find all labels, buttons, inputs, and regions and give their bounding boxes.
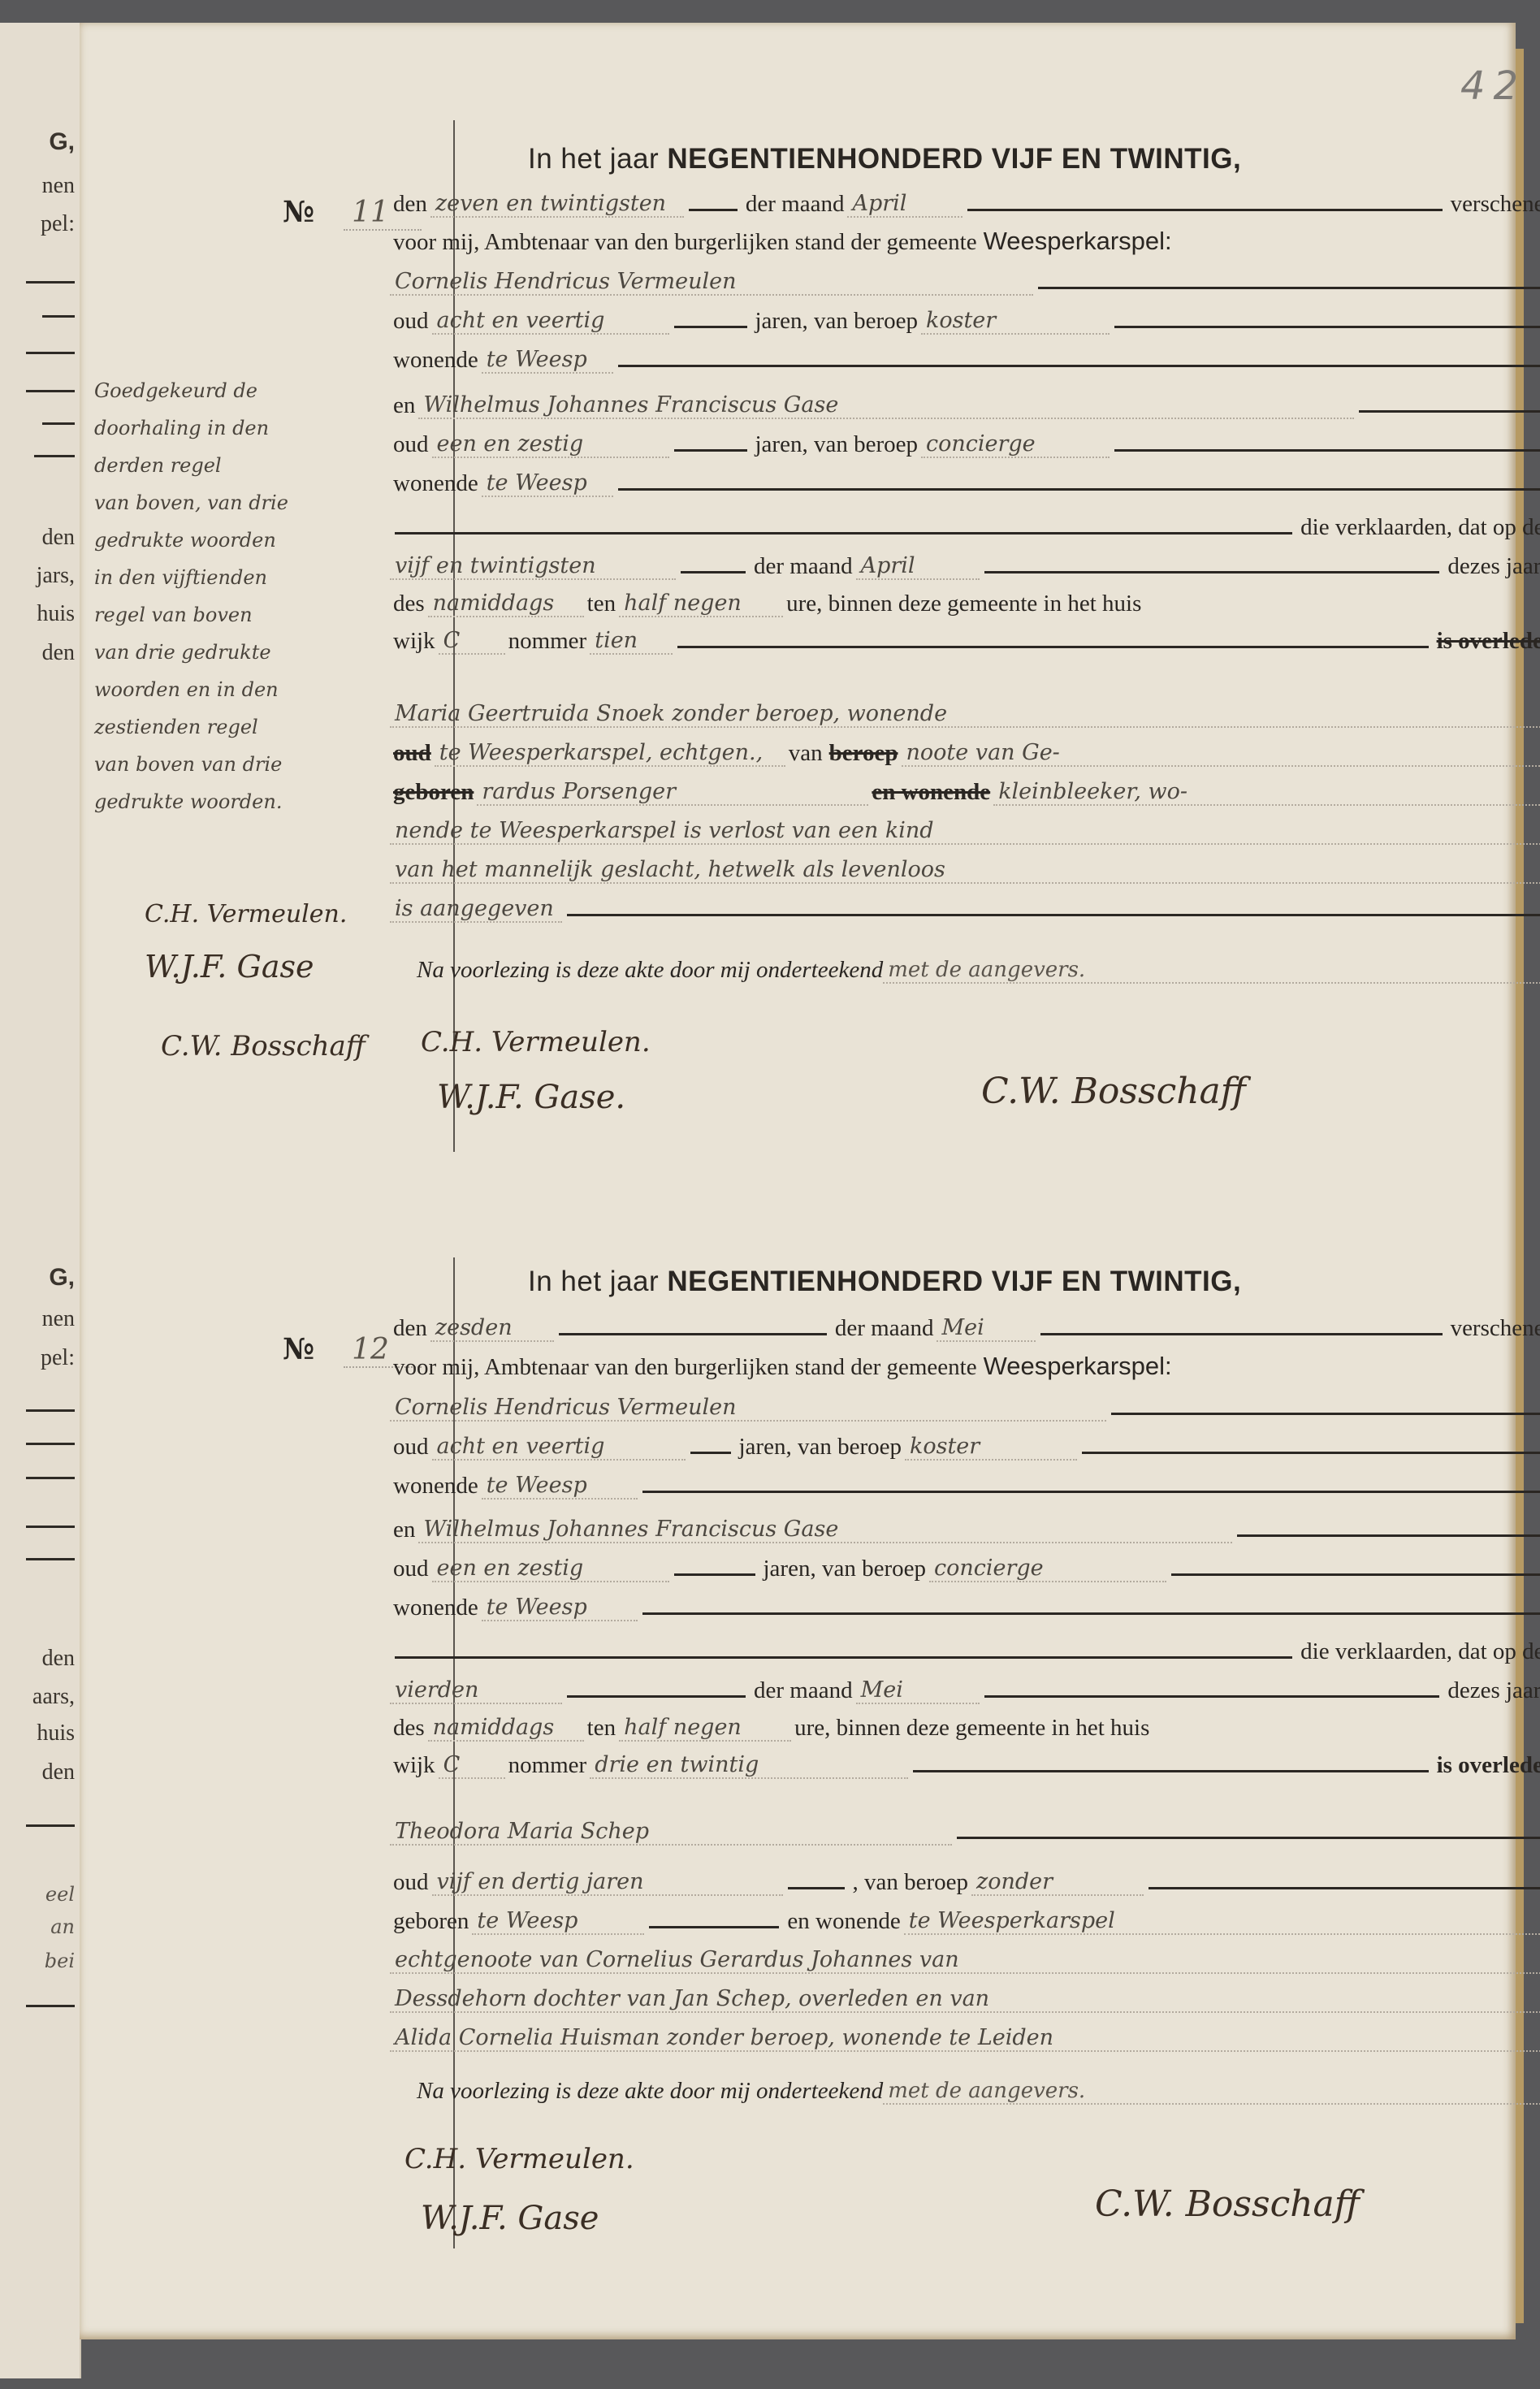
fill-rule	[1149, 1887, 1540, 1889]
fill-rule	[567, 914, 1540, 916]
left-fragment: den	[42, 1759, 75, 1785]
label: oud	[390, 1869, 432, 1896]
note-line: doorhaling in den	[94, 409, 370, 447]
line-declaration: die verklaarden, dat op den	[390, 1628, 1540, 1665]
record-heading: In het jaar NEGENTIENHONDERD VIJF EN TWI…	[528, 143, 1241, 175]
left-rule	[26, 1409, 75, 1412]
note-line: gedrukte woorden	[94, 522, 370, 559]
field-deceased-residence: te Weesperkarspel	[904, 1908, 1540, 1935]
field-declarant1-name: Cornelis Hendricus Vermeulen	[390, 269, 1033, 296]
fill-rule	[395, 532, 1292, 534]
label: der maand	[832, 1315, 937, 1342]
fill-rule	[1111, 1413, 1540, 1415]
label: oud	[390, 1434, 432, 1461]
label: verschenen	[1447, 191, 1540, 218]
left-rule	[26, 2005, 75, 2007]
line-declarant2-residence: wonende te Weesp	[390, 460, 1540, 497]
label: ten	[584, 1715, 619, 1742]
handwritten-text: nende te Weesperkarspel is verlost van e…	[390, 818, 1540, 845]
heading-year: NEGENTIENHONDERD VIJF EN TWINTIG,	[667, 1266, 1241, 1297]
note-line: in den vijftienden	[94, 559, 370, 596]
left-fragment: nen	[42, 1306, 75, 1332]
line-declarant2-residence: wonende te Weesp	[390, 1584, 1540, 1621]
closing-printed: Na voorlezing is deze akte door mij onde…	[417, 957, 883, 984]
handwritten-text: rardus Porsenger	[477, 779, 868, 806]
handwritten-text: kleinbleeker, wo-	[993, 779, 1540, 806]
line-declarant1: Cornelis Hendricus Vermeulen	[390, 258, 1540, 296]
line-address: wijk C nommer tien is overleden	[390, 617, 1540, 655]
field-daypart: namiddags	[428, 1715, 584, 1742]
note-line: gedrukte woorden.	[94, 783, 370, 820]
label: den	[390, 191, 430, 218]
heading-year: NEGENTIENHONDERD VIJF EN TWINTIG,	[667, 143, 1241, 175]
fill-rule	[690, 1452, 731, 1454]
label: der maand	[751, 1677, 856, 1704]
handwritten-text: echtgenoote van Cornelius Gerardus Johan…	[390, 1947, 1540, 1974]
signature-declarant1: C.H. Vermeulen.	[421, 1026, 651, 1058]
field-deceased-age: vijf en dertig jaren	[432, 1869, 783, 1896]
margin-approval-note: Goedgekeurd de doorhaling in den derden …	[94, 372, 370, 820]
struck-label: en wonende	[868, 779, 993, 806]
label: der maand	[742, 191, 848, 218]
body-line: is aangegeven	[390, 885, 1540, 923]
closing-statement: Na voorlezing is deze akte door mij onde…	[417, 2078, 1540, 2105]
label: , van beroep	[850, 1869, 972, 1896]
field-day: zeven en twintigsten	[430, 191, 684, 218]
line-declarant1-age: oud acht en veertig jaren, van beroep ko…	[390, 297, 1540, 335]
left-fragment: huis	[37, 1720, 75, 1746]
body-line: Maria Geertruida Snoek zonder beroep, wo…	[390, 690, 1540, 728]
note-line: van boven, van drie	[94, 484, 370, 522]
label: verschenen	[1447, 1315, 1540, 1342]
label: wonende	[390, 1473, 482, 1500]
fill-rule	[689, 209, 738, 211]
left-rule	[42, 315, 75, 318]
handwritten-text: Dessdehorn dochter van Jan Schep, overle…	[390, 1986, 1540, 2013]
field-house-number: drie en twintig	[590, 1752, 908, 1779]
fill-rule	[642, 1491, 1540, 1493]
line-date: den zeven en twintigsten der maand April…	[390, 180, 1540, 218]
left-fragment: den	[42, 525, 75, 551]
fill-rule	[984, 571, 1440, 573]
field-residence: te Weesp	[482, 1473, 638, 1500]
label: ure, binnen deze gemeente in het huis	[783, 591, 1144, 617]
fill-rule	[1171, 1573, 1540, 1576]
label: en	[390, 1517, 418, 1543]
note-line: van boven van drie	[94, 746, 370, 783]
left-rule	[26, 1526, 75, 1528]
field-declarant2-name: Wilhelmus Johannes Franciscus Gase	[418, 392, 1354, 419]
fill-rule	[984, 1695, 1440, 1698]
field-event-month: Mei	[856, 1677, 980, 1704]
left-handwriting: bei	[45, 1950, 75, 1972]
municipality: Weesperkarspel:	[980, 1352, 1175, 1381]
line-deceased-name: Theodora Maria Schep	[390, 1808, 1540, 1846]
label: den	[390, 1315, 430, 1342]
field-day: zesden	[430, 1315, 554, 1342]
fill-rule	[677, 646, 1428, 648]
fill-rule	[1082, 1452, 1540, 1454]
field-declarant2-name: Wilhelmus Johannes Franciscus Gase	[418, 1517, 1232, 1543]
field-occupation: koster	[921, 308, 1110, 335]
margin-signature: W.J.F. Gase	[145, 949, 314, 985]
body-line: nende te Weesperkarspel is verlost van e…	[390, 807, 1540, 845]
closing-handwritten: met de aangevers.	[883, 2079, 1540, 2105]
fill-rule	[1040, 1333, 1442, 1335]
left-rule	[26, 1477, 75, 1479]
label: dezes jaars,	[1444, 553, 1540, 580]
label: wonende	[390, 347, 482, 374]
field-age: acht en veertig	[432, 308, 669, 335]
fill-rule	[559, 1333, 827, 1335]
left-fragment: nen	[42, 173, 75, 199]
numero-symbol: №	[283, 195, 314, 229]
label: wijk	[390, 628, 439, 655]
closing-printed: Na voorlezing is deze akte door mij onde…	[417, 2078, 883, 2105]
field-month: April	[847, 191, 962, 218]
label: des	[390, 591, 428, 617]
field-occupation: concierge	[921, 431, 1110, 458]
body-line: Dessdehorn dochter van Jan Schep, overle…	[390, 1976, 1540, 2013]
fill-rule	[1359, 410, 1540, 413]
label: die verklaarden, dat op den	[1297, 1638, 1540, 1665]
label: der maand	[751, 553, 856, 580]
label: wonende	[390, 1595, 482, 1621]
signature-declarant2: W.J.F. Gase.	[437, 1079, 625, 1116]
body-line: van het mannelijk geslacht, hetwelk als …	[390, 846, 1540, 884]
handwritten-text: Maria Geertruida Snoek zonder beroep, wo…	[390, 701, 1540, 728]
field-residence: te Weesp	[482, 470, 613, 497]
struck-label: oud	[390, 740, 435, 767]
line-date: den zesden der maand Mei verschenen	[390, 1305, 1540, 1342]
label: van	[785, 740, 826, 767]
left-fragment: pel:	[41, 211, 75, 237]
handwritten-text: te Weesperkarspel, echtgen.,	[435, 740, 785, 767]
body-line: oud te Weesperkarspel, echtgen., van ber…	[390, 729, 1540, 767]
field-occupation: concierge	[929, 1556, 1166, 1582]
fill-rule	[1114, 326, 1540, 328]
struck-label: beroep	[826, 740, 902, 767]
body-line: geboren rardus Porsenger en wonende klei…	[390, 768, 1540, 806]
field-deceased-occupation: zonder	[971, 1869, 1144, 1896]
handwritten-text: noote van Ge-	[902, 740, 1540, 767]
label: oud	[390, 308, 432, 335]
field-residence: te Weesp	[482, 1595, 638, 1621]
body-line: Alida Cornelia Huisman zonder beroep, wo…	[390, 2015, 1540, 2052]
label: ure, binnen deze gemeente in het huis	[791, 1715, 1153, 1742]
margin-signature: C.W. Bosschaff	[161, 1030, 366, 1062]
signature-declarant2: W.J.F. Gase	[421, 2200, 599, 2237]
label: wijk	[390, 1752, 439, 1779]
left-rule	[34, 455, 75, 457]
handwritten-text: van het mannelijk geslacht, hetwelk als …	[390, 857, 1540, 884]
note-line: regel van boven	[94, 596, 370, 634]
field-occupation: koster	[905, 1434, 1077, 1461]
fill-rule	[1114, 449, 1540, 452]
note-line: derden regel	[94, 447, 370, 484]
label: voor mij, Ambtenaar van den burgerlijken…	[390, 229, 980, 256]
fill-rule	[618, 365, 1540, 367]
label: die verklaarden, dat op den	[1297, 514, 1540, 541]
note-line: zestienden regel	[94, 708, 370, 746]
fill-rule	[642, 1612, 1540, 1615]
fill-rule	[674, 1573, 755, 1576]
line-address: wijk C nommer drie en twintig is overled…	[390, 1742, 1540, 1779]
left-fragment: den	[42, 640, 75, 666]
label: dezes jaars,	[1444, 1677, 1540, 1704]
page-number: 42	[1460, 63, 1526, 109]
left-handwriting: eel	[45, 1883, 75, 1906]
left-rule	[42, 422, 75, 425]
left-rule	[26, 1558, 75, 1560]
line-declarant2-age: oud een en zestig jaren, van beroep conc…	[390, 421, 1540, 458]
left-rule	[26, 1824, 75, 1827]
left-fragment: huis	[37, 601, 75, 627]
field-birthplace: te Weesp	[472, 1908, 644, 1935]
signature-official: C.W. Bosschaff	[981, 1071, 1246, 1112]
field-residence: te Weesp	[482, 347, 613, 374]
label: en	[390, 392, 418, 419]
fill-rule	[1038, 287, 1540, 289]
field-time: half negen	[619, 1715, 791, 1742]
label: ten	[584, 591, 619, 617]
left-rule	[26, 281, 75, 283]
field-event-day: vierden	[390, 1677, 562, 1704]
register-page: 42 №11 Goedgekeurd de doorhaling in den …	[80, 23, 1516, 2339]
fill-rule	[674, 449, 747, 452]
fill-rule	[618, 488, 1540, 491]
left-fragment: pel:	[41, 1345, 75, 1371]
label: oud	[390, 1556, 432, 1582]
left-fragment: G,	[49, 128, 75, 156]
struck-label: is overleden	[1434, 628, 1540, 655]
fill-rule	[967, 209, 1442, 211]
field-house-number: tien	[590, 628, 673, 655]
note-line: woorden en in den	[94, 671, 370, 708]
left-fragment: G,	[49, 1264, 75, 1292]
fill-rule	[957, 1837, 1540, 1839]
note-line: Goedgekeurd de	[94, 372, 370, 409]
line-deceased-birth-residence: geboren te Weesp en wonende te Weesperka…	[390, 1898, 1540, 1935]
field-time: half negen	[619, 591, 783, 617]
label: en wonende	[784, 1908, 903, 1935]
fill-rule	[788, 1887, 845, 1889]
struck-label: geboren	[390, 779, 477, 806]
fill-rule	[913, 1770, 1428, 1772]
line-declarant2: en Wilhelmus Johannes Franciscus Gase	[390, 1506, 1540, 1543]
fill-rule	[1237, 1534, 1540, 1537]
line-time: des namiddags ten half negen ure, binnen…	[390, 1704, 1540, 1742]
line-official: voor mij, Ambtenaar van den burgerlijken…	[390, 219, 1540, 256]
left-rule	[26, 390, 75, 392]
numero-symbol: №	[283, 1332, 314, 1366]
handwritten-text: Alida Cornelia Huisman zonder beroep, wo…	[390, 2025, 1540, 2052]
left-fragment: den	[42, 1646, 75, 1672]
fill-rule	[567, 1695, 746, 1698]
label: des	[390, 1715, 428, 1742]
field-declarant1-name: Cornelis Hendricus Vermeulen	[390, 1395, 1106, 1422]
label: geboren	[390, 1908, 472, 1935]
margin-signature: C.H. Vermeulen.	[145, 900, 347, 928]
left-rule	[26, 1443, 75, 1445]
record-heading: In het jaar NEGENTIENHONDERD VIJF EN TWI…	[528, 1266, 1241, 1298]
field-event-day: vijf en twintigsten	[390, 553, 676, 580]
label: wonende	[390, 470, 482, 497]
line-declarant1-residence: wonende te Weesp	[390, 336, 1540, 374]
fill-rule	[681, 571, 746, 573]
fill-rule	[649, 1926, 779, 1928]
handwritten-text: is aangegeven	[390, 896, 562, 923]
heading-text: In het jaar	[528, 143, 659, 175]
note-line: van drie gedrukte	[94, 634, 370, 671]
adjoining-left-page: G, nen pel: den jars, huis den G, nen pe…	[0, 23, 81, 2378]
line-deceased-age: oud vijf en dertig jaren , van beroep zo…	[390, 1859, 1540, 1896]
closing-handwritten: met de aangevers.	[883, 958, 1540, 984]
field-age: acht en veertig	[432, 1434, 686, 1461]
label: jaren, van beroep	[760, 1556, 929, 1582]
field-month: Mei	[937, 1315, 1036, 1342]
field-age: een en zestig	[432, 1556, 669, 1582]
heading-text: In het jaar	[528, 1266, 659, 1297]
left-rule	[26, 352, 75, 354]
left-handwriting: an	[50, 1915, 75, 1938]
label: nommer	[505, 1752, 590, 1779]
field-deceased-name: Theodora Maria Schep	[390, 1819, 952, 1846]
line-declarant1-residence: wonende te Weesp	[390, 1462, 1540, 1500]
field-daypart: namiddags	[428, 591, 584, 617]
field-wijk: C	[439, 628, 505, 655]
line-official: voor mij, Ambtenaar van den burgerlijken…	[390, 1344, 1540, 1381]
label: oud	[390, 431, 432, 458]
municipality: Weesperkarspel:	[980, 227, 1175, 256]
line-event-date: vierden der maand Mei dezes jaars,	[390, 1667, 1540, 1704]
left-fragment: aars,	[32, 1684, 75, 1710]
signature-declarant1: C.H. Vermeulen.	[404, 2143, 634, 2175]
label-is-overleden: is overleden	[1434, 1752, 1540, 1779]
line-declarant2: en Wilhelmus Johannes Franciscus Gase	[390, 382, 1540, 419]
label: jaren, van beroep	[752, 308, 921, 335]
field-wijk: C	[439, 1752, 505, 1779]
line-declarant1-age: oud acht en veertig jaren, van beroep ko…	[390, 1423, 1540, 1461]
line-declaration: die verklaarden, dat op den	[390, 504, 1540, 541]
label: nommer	[505, 628, 590, 655]
line-declarant2-age: oud een en zestig jaren, van beroep conc…	[390, 1545, 1540, 1582]
line-event-date: vijf en twintigsten der maand April deze…	[390, 543, 1540, 580]
closing-statement: Na voorlezing is deze akte door mij onde…	[417, 957, 1540, 984]
body-line: echtgenoote van Cornelius Gerardus Johan…	[390, 1937, 1540, 1974]
fill-rule	[395, 1656, 1292, 1659]
field-event-month: April	[856, 553, 980, 580]
field-age: een en zestig	[432, 431, 669, 458]
signature-official: C.W. Bosschaff	[1095, 2183, 1360, 2225]
label: jaren, van beroep	[752, 431, 921, 458]
line-time: des namiddags ten half negen ure, binnen…	[390, 580, 1540, 617]
left-fragment: jars,	[37, 563, 75, 589]
line-declarant1: Cornelis Hendricus Vermeulen	[390, 1384, 1540, 1422]
label: jaren, van beroep	[736, 1434, 905, 1461]
fill-rule	[674, 326, 747, 328]
label: voor mij, Ambtenaar van den burgerlijken…	[390, 1354, 980, 1381]
